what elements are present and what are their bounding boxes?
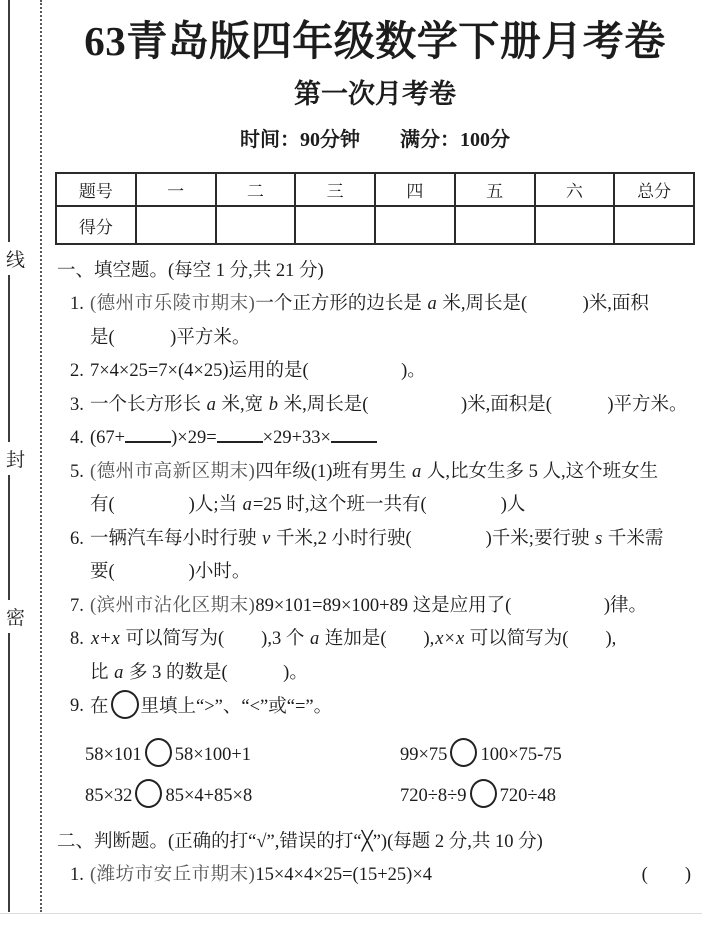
exam-subtitle: 第一次月考卷 (55, 77, 695, 112)
question-text: 千米,2 小时行驶( )千米;要行驶 (271, 529, 594, 549)
comparison-left: 85×32 (85, 786, 132, 806)
question: 7.(滨州市沾化区期末)89×101=89×100+89 这是应用了( )律。 (55, 590, 695, 624)
question-text: v (261, 529, 271, 549)
comparison-left: 99×75 (400, 745, 447, 765)
score-table-header-cell: 二 (216, 173, 296, 206)
question-text: a (411, 462, 422, 482)
comparison-item: 720÷8÷9720÷48 (400, 779, 695, 813)
comparison-right: 100×75-75 (480, 745, 561, 765)
question-line: 9.在里填上“>”、“<”或“=”。 (55, 690, 695, 725)
score-row-label: 得分 (56, 206, 136, 244)
blank-circle-icon (145, 738, 172, 767)
comparison-grid: 58×10158×100+199×75100×75-7585×3285×4+85… (55, 738, 695, 813)
question: 5.(德州市高新区期末)四年级(1)班有男生 a 人,比女生多 5 人,这个班女… (55, 456, 695, 523)
score-cell-empty (614, 206, 694, 244)
question-number: 1. (70, 859, 84, 893)
question-text: a (113, 663, 124, 683)
question: 8.x+x 可以简写为( ),3 个 a 连加是( ),x×x 可以简写为( )… (55, 623, 695, 690)
blank-circle-icon (470, 779, 497, 808)
question-text: 可以简写为( ), (465, 629, 616, 649)
question-text: 可以简写为( ),3 个 (121, 629, 309, 649)
question-sections: 一、填空题。(每空 1 分,共 21 分)1.(德州市乐陵市期末)一个正方形的边… (55, 258, 695, 892)
blank-underline (331, 426, 377, 443)
question-text: )×29= (171, 428, 217, 448)
question-number: 2. (70, 355, 84, 389)
exam-paper: 63青岛版四年级数学下册月考卷 第一次月考卷 时间：90分钟 满分：100分 题… (55, 0, 695, 892)
question-text: 一个正方形的边长是 (255, 294, 426, 314)
question-line: 2.7×4×25=7×(4×25)运用的是( )。 (55, 355, 695, 389)
question-text: 连加是( ), (320, 629, 434, 649)
question: 6.一辆汽车每小时行驶 v 千米,2 小时行驶( )千米;要行驶 s 千米需要(… (55, 523, 695, 590)
source-tag: (滨州市沾化区期末) (90, 596, 255, 616)
seal-char: 封 (6, 442, 25, 475)
score-table-header-cell: 六 (535, 173, 615, 206)
question-text: 一辆汽车每小时行驶 (90, 529, 261, 549)
exam-title: 63青岛版四年级数学下册月考卷 (55, 16, 695, 67)
question-text: 比 (90, 663, 113, 683)
question-text: b (268, 395, 279, 415)
question-text: a (426, 294, 437, 314)
time-score-line: 时间：90分钟 满分：100分 (55, 127, 695, 153)
question-text: × (445, 629, 455, 649)
question-text: + (100, 629, 110, 649)
question-line: 比 a 多 3 的数是( )。 (55, 657, 695, 691)
seal-line-dotted-rule (40, 0, 42, 912)
question-number: 7. (70, 590, 84, 624)
question-line: 1.(潍坊市安丘市期末)15×4×4×25=(15+25)×4( ) (55, 859, 695, 893)
question-number: 3. (70, 389, 84, 423)
blank-underline (125, 426, 171, 443)
source-tag: (德州市高新区期末) (90, 462, 255, 482)
question-text: x (111, 629, 121, 649)
blank-circle-icon (135, 779, 162, 808)
question-text: 是( )平方米。 (90, 328, 250, 348)
comparison-left: 58×101 (85, 745, 142, 765)
blank-circle-icon (450, 738, 477, 767)
score-cell-empty (455, 206, 535, 244)
question-text: 千米需 (603, 529, 663, 549)
question-line: 是( )平方米。 (55, 322, 695, 356)
question-line: 1.(德州市乐陵市期末)一个正方形的边长是 a 米,周长是( )米,面积 (55, 288, 695, 322)
question-number: 6. (70, 523, 84, 557)
question: 9.在里填上“>”、“<”或“=”。 (55, 690, 695, 725)
comparison-item: 58×10158×100+1 (85, 738, 400, 772)
question-text: 89×101=89×100+89 这是应用了( )律。 (255, 596, 647, 616)
score-table-header-cell: 五 (455, 173, 535, 206)
score-cell-empty (216, 206, 296, 244)
score-table-header-cell: 四 (375, 173, 455, 206)
question-number: 5. (70, 456, 84, 490)
question-text: x (455, 629, 465, 649)
comparison-right: 720÷48 (500, 786, 556, 806)
question-text: (67+ (90, 428, 125, 448)
question: 3.一个长方形长 a 米,宽 b 米,周长是( )米,面积是( )平方米。 (55, 389, 695, 423)
source-tag: (潍坊市安丘市期末) (90, 865, 255, 885)
score-cell-empty (375, 206, 455, 244)
question-text: a (242, 495, 253, 515)
section-heading: 一、填空题。(每空 1 分,共 21 分) (57, 258, 695, 285)
question-text: 米,宽 (217, 395, 268, 415)
question-number: 9. (70, 690, 84, 724)
question-line: 4.(67+)×29=×29+33× (55, 422, 695, 456)
question-line: 8.x+x 可以简写为( ),3 个 a 连加是( ),x×x 可以简写为( )… (55, 623, 695, 657)
source-tag: (德州市乐陵市期末) (90, 294, 255, 314)
comparison-right: 85×4+85×8 (165, 786, 252, 806)
question-text: s (594, 529, 603, 549)
score-table-header-cell: 三 (295, 173, 375, 206)
seal-char: 线 (6, 242, 25, 275)
blank-underline (217, 426, 263, 443)
comparison-left: 720÷8÷9 (400, 786, 467, 806)
seal-char: 密 (6, 600, 25, 633)
score-cell-empty (295, 206, 375, 244)
question-text: 在 (90, 697, 109, 717)
question-text: ×29+33× (263, 428, 331, 448)
question: 4.(67+)×29=×29+33× (55, 422, 695, 456)
section-heading: 二、判断题。(正确的打“√”,错误的打“╳”)(每题 2 分,共 10 分) (57, 829, 695, 856)
question-number: 4. (70, 422, 84, 456)
question-text: 要( )小时。 (90, 562, 250, 582)
score-table: 题号一二三四五六总分得分 (55, 172, 695, 245)
question-text: 米,周长是( )米,面积是( )平方米。 (279, 395, 688, 415)
question-text: x (90, 629, 100, 649)
comparison-right: 58×100+1 (175, 745, 251, 765)
blank-circle-icon (111, 690, 139, 719)
score-table-header-cell: 一 (136, 173, 216, 206)
question-line: 5.(德州市高新区期末)四年级(1)班有男生 a 人,比女生多 5 人,这个班女… (55, 456, 695, 490)
question-text: 15×4×4×25=(15+25)×4 (255, 865, 432, 885)
question-text: a (206, 395, 217, 415)
comparison-item: 85×3285×4+85×8 (85, 779, 400, 813)
comparison-item: 99×75100×75-75 (400, 738, 695, 772)
score-cell-empty (535, 206, 615, 244)
question-text: 多 3 的数是( )。 (124, 663, 307, 683)
question-text: a (309, 629, 320, 649)
question-text: 四年级(1)班有男生 (255, 462, 411, 482)
question-line: 有( )人;当 a=25 时,这个班一共有( )人 (55, 489, 695, 523)
question-line: 6.一辆汽车每小时行驶 v 千米,2 小时行驶( )千米;要行驶 s 千米需 (55, 523, 695, 557)
question-text: =25 时,这个班一共有( )人 (253, 495, 526, 515)
question-line: 7.(滨州市沾化区期末)89×101=89×100+89 这是应用了( )律。 (55, 590, 695, 624)
answer-parens: ( ) (642, 859, 691, 893)
question-number: 1. (70, 288, 84, 322)
score-table-header-cell: 总分 (614, 173, 694, 206)
question: 2.7×4×25=7×(4×25)运用的是( )。 (55, 355, 695, 389)
question-number: 8. (70, 623, 84, 657)
question: 1.(德州市乐陵市期末)一个正方形的边长是 a 米,周长是( )米,面积是( )… (55, 288, 695, 355)
score-cell-empty (136, 206, 216, 244)
question-text: 人,比女生多 5 人,这个班女生 (422, 462, 658, 482)
score-table-header-cell: 题号 (56, 173, 136, 206)
question-line: 要( )小时。 (55, 556, 695, 590)
question-text: 7×4×25=7×(4×25)运用的是( )。 (90, 361, 426, 381)
question-text: 里填上“>”、“<”或“=”。 (141, 697, 333, 717)
question-text: 一个长方形长 (90, 395, 206, 415)
question-text: 有( )人;当 (90, 495, 242, 515)
question-text: x (434, 629, 444, 649)
question-line: 3.一个长方形长 a 米,宽 b 米,周长是( )米,面积是( )平方米。 (55, 389, 695, 423)
page-bottom-rule (0, 913, 702, 914)
question: 1.(潍坊市安丘市期末)15×4×4×25=(15+25)×4( ) (55, 859, 695, 893)
question-text: 米,周长是( )米,面积 (438, 294, 649, 314)
